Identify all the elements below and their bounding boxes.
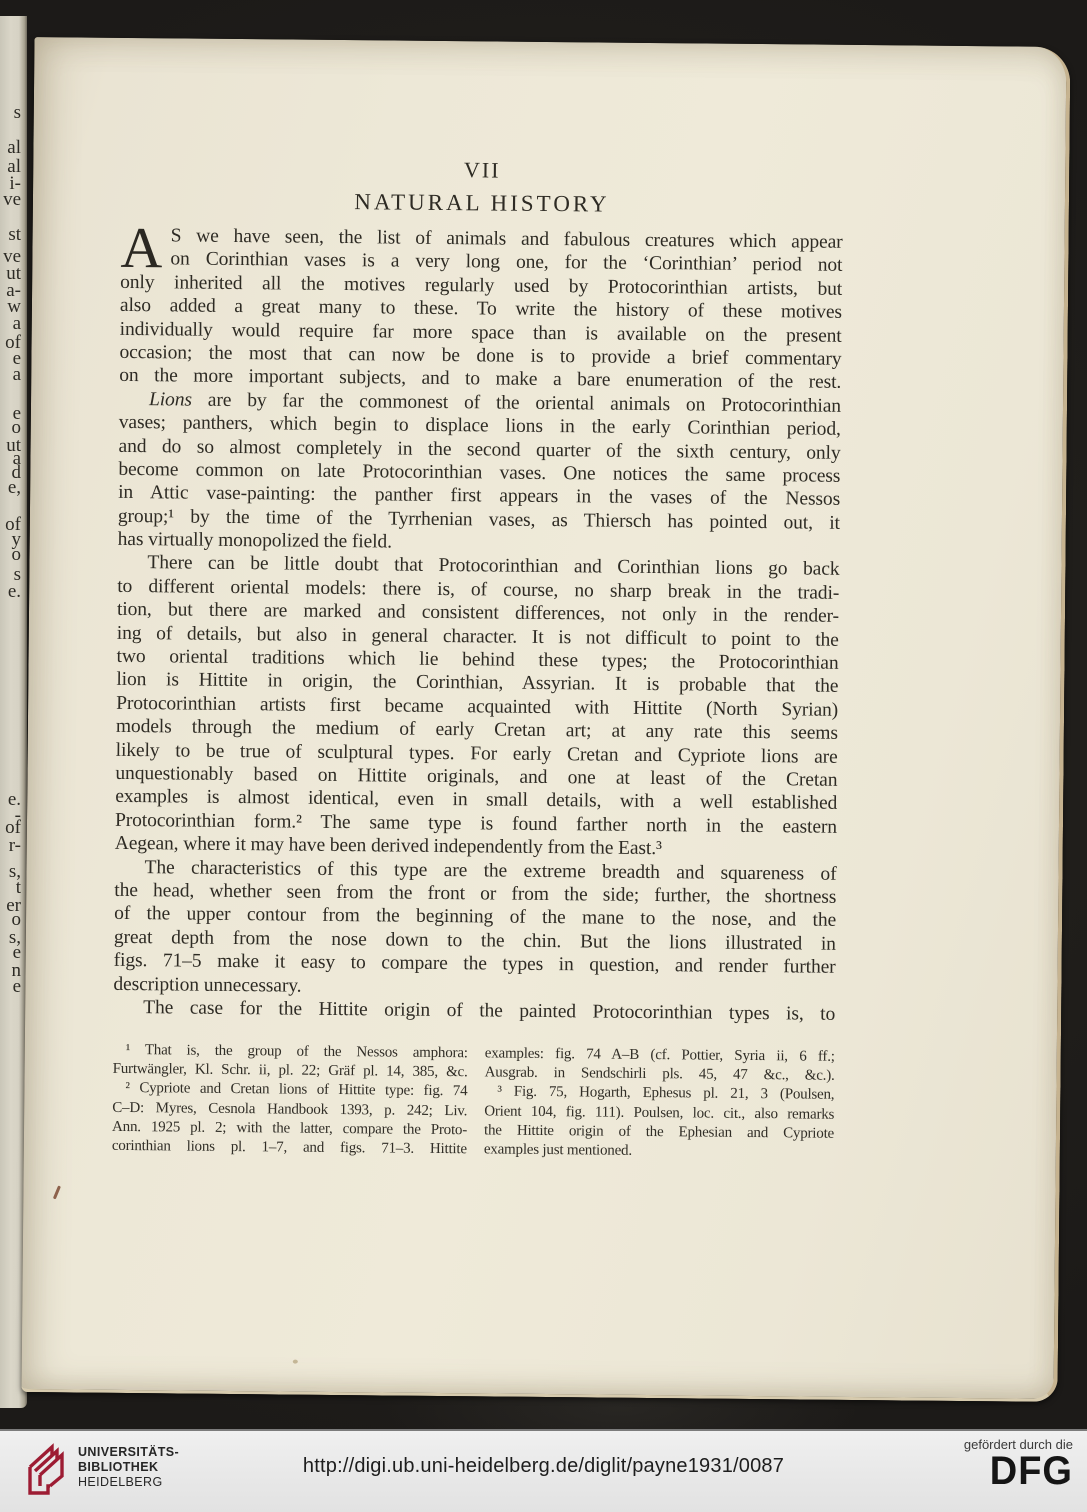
source-url: http://digi.ub.uni-heidelberg.de/diglit/…: [0, 1455, 1087, 1478]
scan-viewport: salali-vestveuta-waofeaeoutade,ofyose.e.…: [0, 0, 1087, 1512]
library-footer-bar: UNIVERSITÄTS- BIBLIOTHEK HEIDELBERG http…: [0, 1429, 1087, 1512]
body-text: AS we have seen, the list of animals and…: [113, 224, 843, 1026]
facing-page-text-fragment: e.: [0, 582, 21, 602]
text-line: examples just mentioned.: [484, 1140, 834, 1163]
facing-page-text-fragment: s: [0, 103, 21, 123]
paper-speck: [293, 1360, 298, 1364]
italic-lead: Lions: [149, 389, 192, 410]
facing-page-text-fragment: al: [0, 138, 21, 158]
footnotes: ¹ That is, the group of the Nessos ampho…: [112, 1041, 835, 1163]
chapter-title: NATURAL HISTORY: [121, 187, 843, 220]
facing-page-text-fragment: e,: [0, 478, 21, 498]
drop-cap: A: [120, 224, 170, 269]
chapter-number: VII: [121, 154, 843, 187]
footnote-column-right: examples: fig. 74 A–B (cf. Pottier, Syri…: [484, 1044, 835, 1162]
facing-page-text-fragment: o: [0, 545, 21, 565]
footnote-column-left: ¹ That is, the group of the Nessos ampho…: [112, 1041, 468, 1160]
facing-page-text-fragment: a: [0, 314, 21, 334]
book-page: VII NATURAL HISTORY AS we have seen, the…: [22, 37, 1071, 1402]
pen-mark: [53, 1185, 61, 1199]
funder-block: gefördert durch die DFG: [964, 1437, 1073, 1492]
facing-page-text-fragment: e: [0, 977, 21, 997]
dfg-logo: DFG: [964, 1452, 1073, 1493]
facing-page-text-fragment: st: [0, 225, 21, 245]
facing-page-text-fragment: a: [0, 365, 21, 385]
facing-page-text-fragment: ve: [0, 190, 21, 210]
text-line: corinthian lions pl. 1–7, and figs. 71–3…: [112, 1137, 467, 1160]
paragraph: Lions are by far the commonest of the or…: [118, 388, 842, 559]
facing-page-text-fragment: r-: [0, 836, 21, 856]
paragraph: AS we have seen, the list of animals and…: [119, 224, 843, 395]
paragraph: There can be little doubt that Protocori…: [115, 551, 840, 862]
paragraph: The characteristics of this type are the…: [113, 855, 836, 1002]
